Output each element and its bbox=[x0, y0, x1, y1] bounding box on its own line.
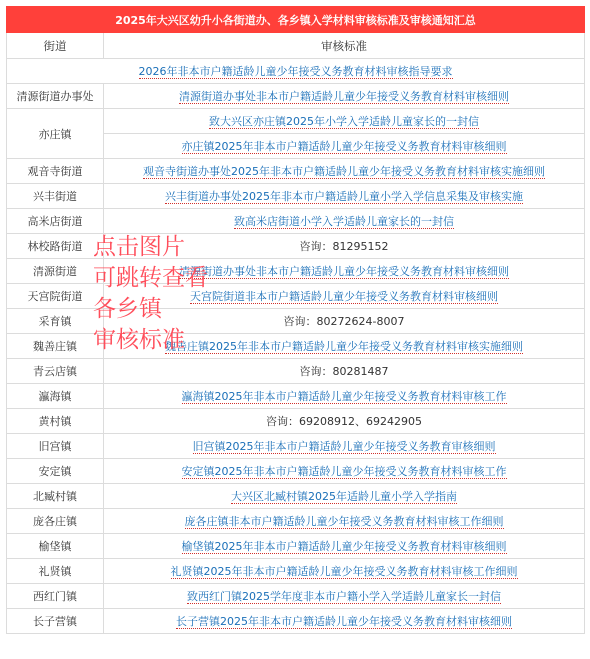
standard-link[interactable]: 旧宫镇2025年非本市户籍适龄儿童少年接受义务教育审核细则 bbox=[193, 440, 496, 454]
street-cell: 亦庄镇 bbox=[7, 109, 104, 159]
contact-phone-text: 咨询：69208912、69242905 bbox=[266, 415, 422, 428]
street-cell: 清源街道办事处 bbox=[7, 84, 104, 109]
table-title: 2025年大兴区幼升小各街道办、各乡镇入学材料审核标准及审核通知汇总 bbox=[7, 7, 585, 33]
contact-phone-text: 咨询：80272624-8007 bbox=[284, 315, 405, 328]
standard-cell: 兴丰街道办事处2025年非本市户籍适龄儿童小学入学信息采集及审核实施 bbox=[104, 184, 585, 209]
header-standard: 审核标准 bbox=[104, 33, 585, 59]
table-row: 瀛海镇瀛海镇2025年非本市户籍适龄儿童少年接受义务教育材料审核工作 bbox=[7, 384, 585, 409]
standard-cell: 瀛海镇2025年非本市户籍适龄儿童少年接受义务教育材料审核工作 bbox=[104, 384, 585, 409]
standard-cell: 天宫院街道非本市户籍适龄儿童少年接受义务教育材料审核细则 bbox=[104, 284, 585, 309]
table-row: 黄村镇咨询：69208912、69242905 bbox=[7, 409, 585, 434]
table-row: 安定镇安定镇2025年非本市户籍适龄儿童少年接受义务教育材料审核工作 bbox=[7, 459, 585, 484]
table-row: 清源街道清源街道办事处非本市户籍适龄儿童少年接受义务教育材料审核细则 bbox=[7, 259, 585, 284]
general-guideline-link[interactable]: 2026年非本市户籍适龄儿童少年接受义务教育材料审核指导要求 bbox=[139, 65, 453, 79]
standard-link[interactable]: 长子营镇2025年非本市户籍适龄儿童少年接受义务教育材料审核细则 bbox=[176, 615, 512, 629]
standard-link[interactable]: 礼贤镇2025年非本市户籍适龄儿童少年接受义务教育材料审核工作细则 bbox=[171, 565, 518, 579]
general-guideline-row: 2026年非本市户籍适龄儿童少年接受义务教育材料审核指导要求 bbox=[7, 59, 585, 84]
standard-link[interactable]: 致西红门镇2025学年度非本市户籍小学入学适龄儿童家长一封信 bbox=[187, 590, 501, 604]
street-cell: 旧宫镇 bbox=[7, 434, 104, 459]
standard-cell: 礼贤镇2025年非本市户籍适龄儿童少年接受义务教育材料审核工作细则 bbox=[104, 559, 585, 584]
table-row: 青云店镇咨询：80281487 bbox=[7, 359, 585, 384]
standard-link[interactable]: 魏善庄镇2025年非本市户籍适龄儿童少年接受义务教育材料审核实施细则 bbox=[165, 340, 523, 354]
street-cell: 兴丰街道 bbox=[7, 184, 104, 209]
table-row: 天宫院街道天宫院街道非本市户籍适龄儿童少年接受义务教育材料审核细则 bbox=[7, 284, 585, 309]
street-cell: 青云店镇 bbox=[7, 359, 104, 384]
street-cell: 观音寺街道 bbox=[7, 159, 104, 184]
standard-link[interactable]: 庞各庄镇非本市户籍适龄儿童少年接受义务教育材料审核工作细则 bbox=[185, 515, 504, 529]
standard-cell: 咨询：80281487 bbox=[104, 359, 585, 384]
table-row: 长子营镇长子营镇2025年非本市户籍适龄儿童少年接受义务教育材料审核细则 bbox=[7, 609, 585, 634]
standard-cell: 榆垡镇2025年非本市户籍适龄儿童少年接受义务教育材料审核细则 bbox=[104, 534, 585, 559]
table-row: 西红门镇致西红门镇2025学年度非本市户籍小学入学适龄儿童家长一封信 bbox=[7, 584, 585, 609]
table-row: 庞各庄镇庞各庄镇非本市户籍适龄儿童少年接受义务教育材料审核工作细则 bbox=[7, 509, 585, 534]
standard-cell: 咨询：69208912、69242905 bbox=[104, 409, 585, 434]
standard-link[interactable]: 观音寺街道办事处2025年非本市户籍适龄儿童少年接受义务教育材料审核实施细则 bbox=[143, 165, 545, 179]
standard-cell: 魏善庄镇2025年非本市户籍适龄儿童少年接受义务教育材料审核实施细则 bbox=[104, 334, 585, 359]
street-cell: 礼贤镇 bbox=[7, 559, 104, 584]
table-row: 礼贤镇礼贤镇2025年非本市户籍适龄儿童少年接受义务教育材料审核工作细则 bbox=[7, 559, 585, 584]
street-cell: 林校路街道 bbox=[7, 234, 104, 259]
standard-link[interactable]: 亦庄镇2025年非本市户籍适龄儿童少年接受义务教育材料审核细则 bbox=[182, 140, 507, 154]
standard-link[interactable]: 天宫院街道非本市户籍适龄儿童少年接受义务教育材料审核细则 bbox=[190, 290, 498, 304]
street-cell: 榆垡镇 bbox=[7, 534, 104, 559]
street-cell: 采育镇 bbox=[7, 309, 104, 334]
standard-link[interactable]: 致高米店街道小学入学适龄儿童家长的一封信 bbox=[234, 215, 454, 229]
table-title-row: 2025年大兴区幼升小各街道办、各乡镇入学材料审核标准及审核通知汇总 bbox=[7, 7, 585, 33]
general-guideline-cell: 2026年非本市户籍适龄儿童少年接受义务教育材料审核指导要求 bbox=[7, 59, 585, 84]
street-cell: 高米店街道 bbox=[7, 209, 104, 234]
table-row: 高米店街道致高米店街道小学入学适龄儿童家长的一封信 bbox=[7, 209, 585, 234]
standard-cell: 观音寺街道办事处2025年非本市户籍适龄儿童少年接受义务教育材料审核实施细则 bbox=[104, 159, 585, 184]
standard-link[interactable]: 兴丰街道办事处2025年非本市户籍适龄儿童小学入学信息采集及审核实施 bbox=[165, 190, 523, 204]
table-row: 魏善庄镇魏善庄镇2025年非本市户籍适龄儿童少年接受义务教育材料审核实施细则 bbox=[7, 334, 585, 359]
street-cell: 瀛海镇 bbox=[7, 384, 104, 409]
standard-cell: 咨询：80272624-8007 bbox=[104, 309, 585, 334]
street-cell: 黄村镇 bbox=[7, 409, 104, 434]
contact-phone-text: 咨询：80281487 bbox=[300, 365, 389, 378]
street-cell: 天宫院街道 bbox=[7, 284, 104, 309]
standard-cell: 亦庄镇2025年非本市户籍适龄儿童少年接受义务教育材料审核细则 bbox=[104, 134, 585, 159]
table-row: 采育镇咨询：80272624-8007 bbox=[7, 309, 585, 334]
standard-cell: 旧宫镇2025年非本市户籍适龄儿童少年接受义务教育审核细则 bbox=[104, 434, 585, 459]
standard-cell: 清源街道办事处非本市户籍适龄儿童少年接受义务教育材料审核细则 bbox=[104, 259, 585, 284]
standard-cell: 致西红门镇2025学年度非本市户籍小学入学适龄儿童家长一封信 bbox=[104, 584, 585, 609]
standard-cell: 清源街道办事处非本市户籍适龄儿童少年接受义务教育材料审核细则 bbox=[104, 84, 585, 109]
standard-cell: 长子营镇2025年非本市户籍适龄儿童少年接受义务教育材料审核细则 bbox=[104, 609, 585, 634]
table-row: 榆垡镇榆垡镇2025年非本市户籍适龄儿童少年接受义务教育材料审核细则 bbox=[7, 534, 585, 559]
standard-link[interactable]: 瀛海镇2025年非本市户籍适龄儿童少年接受义务教育材料审核工作 bbox=[182, 390, 507, 404]
standard-cell: 致高米店街道小学入学适龄儿童家长的一封信 bbox=[104, 209, 585, 234]
table-row: 北臧村镇大兴区北臧村镇2025年适龄儿童小学入学指南 bbox=[7, 484, 585, 509]
standard-link[interactable]: 安定镇2025年非本市户籍适龄儿童少年接受义务教育材料审核工作 bbox=[182, 465, 507, 479]
table-row: 旧宫镇旧宫镇2025年非本市户籍适龄儿童少年接受义务教育审核细则 bbox=[7, 434, 585, 459]
street-cell: 安定镇 bbox=[7, 459, 104, 484]
standard-link[interactable]: 大兴区北臧村镇2025年适龄儿童小学入学指南 bbox=[231, 490, 457, 504]
standard-cell: 咨询：81295152 bbox=[104, 234, 585, 259]
table-header-row: 街道 审核标准 bbox=[7, 33, 585, 59]
street-cell: 北臧村镇 bbox=[7, 484, 104, 509]
street-cell: 长子营镇 bbox=[7, 609, 104, 634]
street-cell: 清源街道 bbox=[7, 259, 104, 284]
table-row: 兴丰街道兴丰街道办事处2025年非本市户籍适龄儿童小学入学信息采集及审核实施 bbox=[7, 184, 585, 209]
standard-link[interactable]: 清源街道办事处非本市户籍适龄儿童少年接受义务教育材料审核细则 bbox=[179, 265, 509, 279]
standard-link[interactable]: 榆垡镇2025年非本市户籍适龄儿童少年接受义务教育材料审核细则 bbox=[182, 540, 507, 554]
table-row: 清源街道办事处清源街道办事处非本市户籍适龄儿童少年接受义务教育材料审核细则 bbox=[7, 84, 585, 109]
contact-phone-text: 咨询：81295152 bbox=[300, 240, 389, 253]
street-cell: 西红门镇 bbox=[7, 584, 104, 609]
street-cell: 庞各庄镇 bbox=[7, 509, 104, 534]
standard-link[interactable]: 致大兴区亦庄镇2025年小学入学适龄儿童家长的一封信 bbox=[209, 115, 479, 129]
standard-cell: 庞各庄镇非本市户籍适龄儿童少年接受义务教育材料审核工作细则 bbox=[104, 509, 585, 534]
standard-cell: 致大兴区亦庄镇2025年小学入学适龄儿童家长的一封信 bbox=[104, 109, 585, 134]
table-row: 亦庄镇致大兴区亦庄镇2025年小学入学适龄儿童家长的一封信 bbox=[7, 109, 585, 134]
audit-standards-table: 2025年大兴区幼升小各街道办、各乡镇入学材料审核标准及审核通知汇总 街道 审核… bbox=[6, 6, 585, 634]
header-street: 街道 bbox=[7, 33, 104, 59]
street-cell: 魏善庄镇 bbox=[7, 334, 104, 359]
summary-table-container: 2025年大兴区幼升小各街道办、各乡镇入学材料审核标准及审核通知汇总 街道 审核… bbox=[6, 6, 585, 634]
standard-cell: 安定镇2025年非本市户籍适龄儿童少年接受义务教育材料审核工作 bbox=[104, 459, 585, 484]
standard-link[interactable]: 清源街道办事处非本市户籍适龄儿童少年接受义务教育材料审核细则 bbox=[179, 90, 509, 104]
table-row: 林校路街道咨询：81295152 bbox=[7, 234, 585, 259]
standard-cell: 大兴区北臧村镇2025年适龄儿童小学入学指南 bbox=[104, 484, 585, 509]
table-row: 观音寺街道观音寺街道办事处2025年非本市户籍适龄儿童少年接受义务教育材料审核实… bbox=[7, 159, 585, 184]
